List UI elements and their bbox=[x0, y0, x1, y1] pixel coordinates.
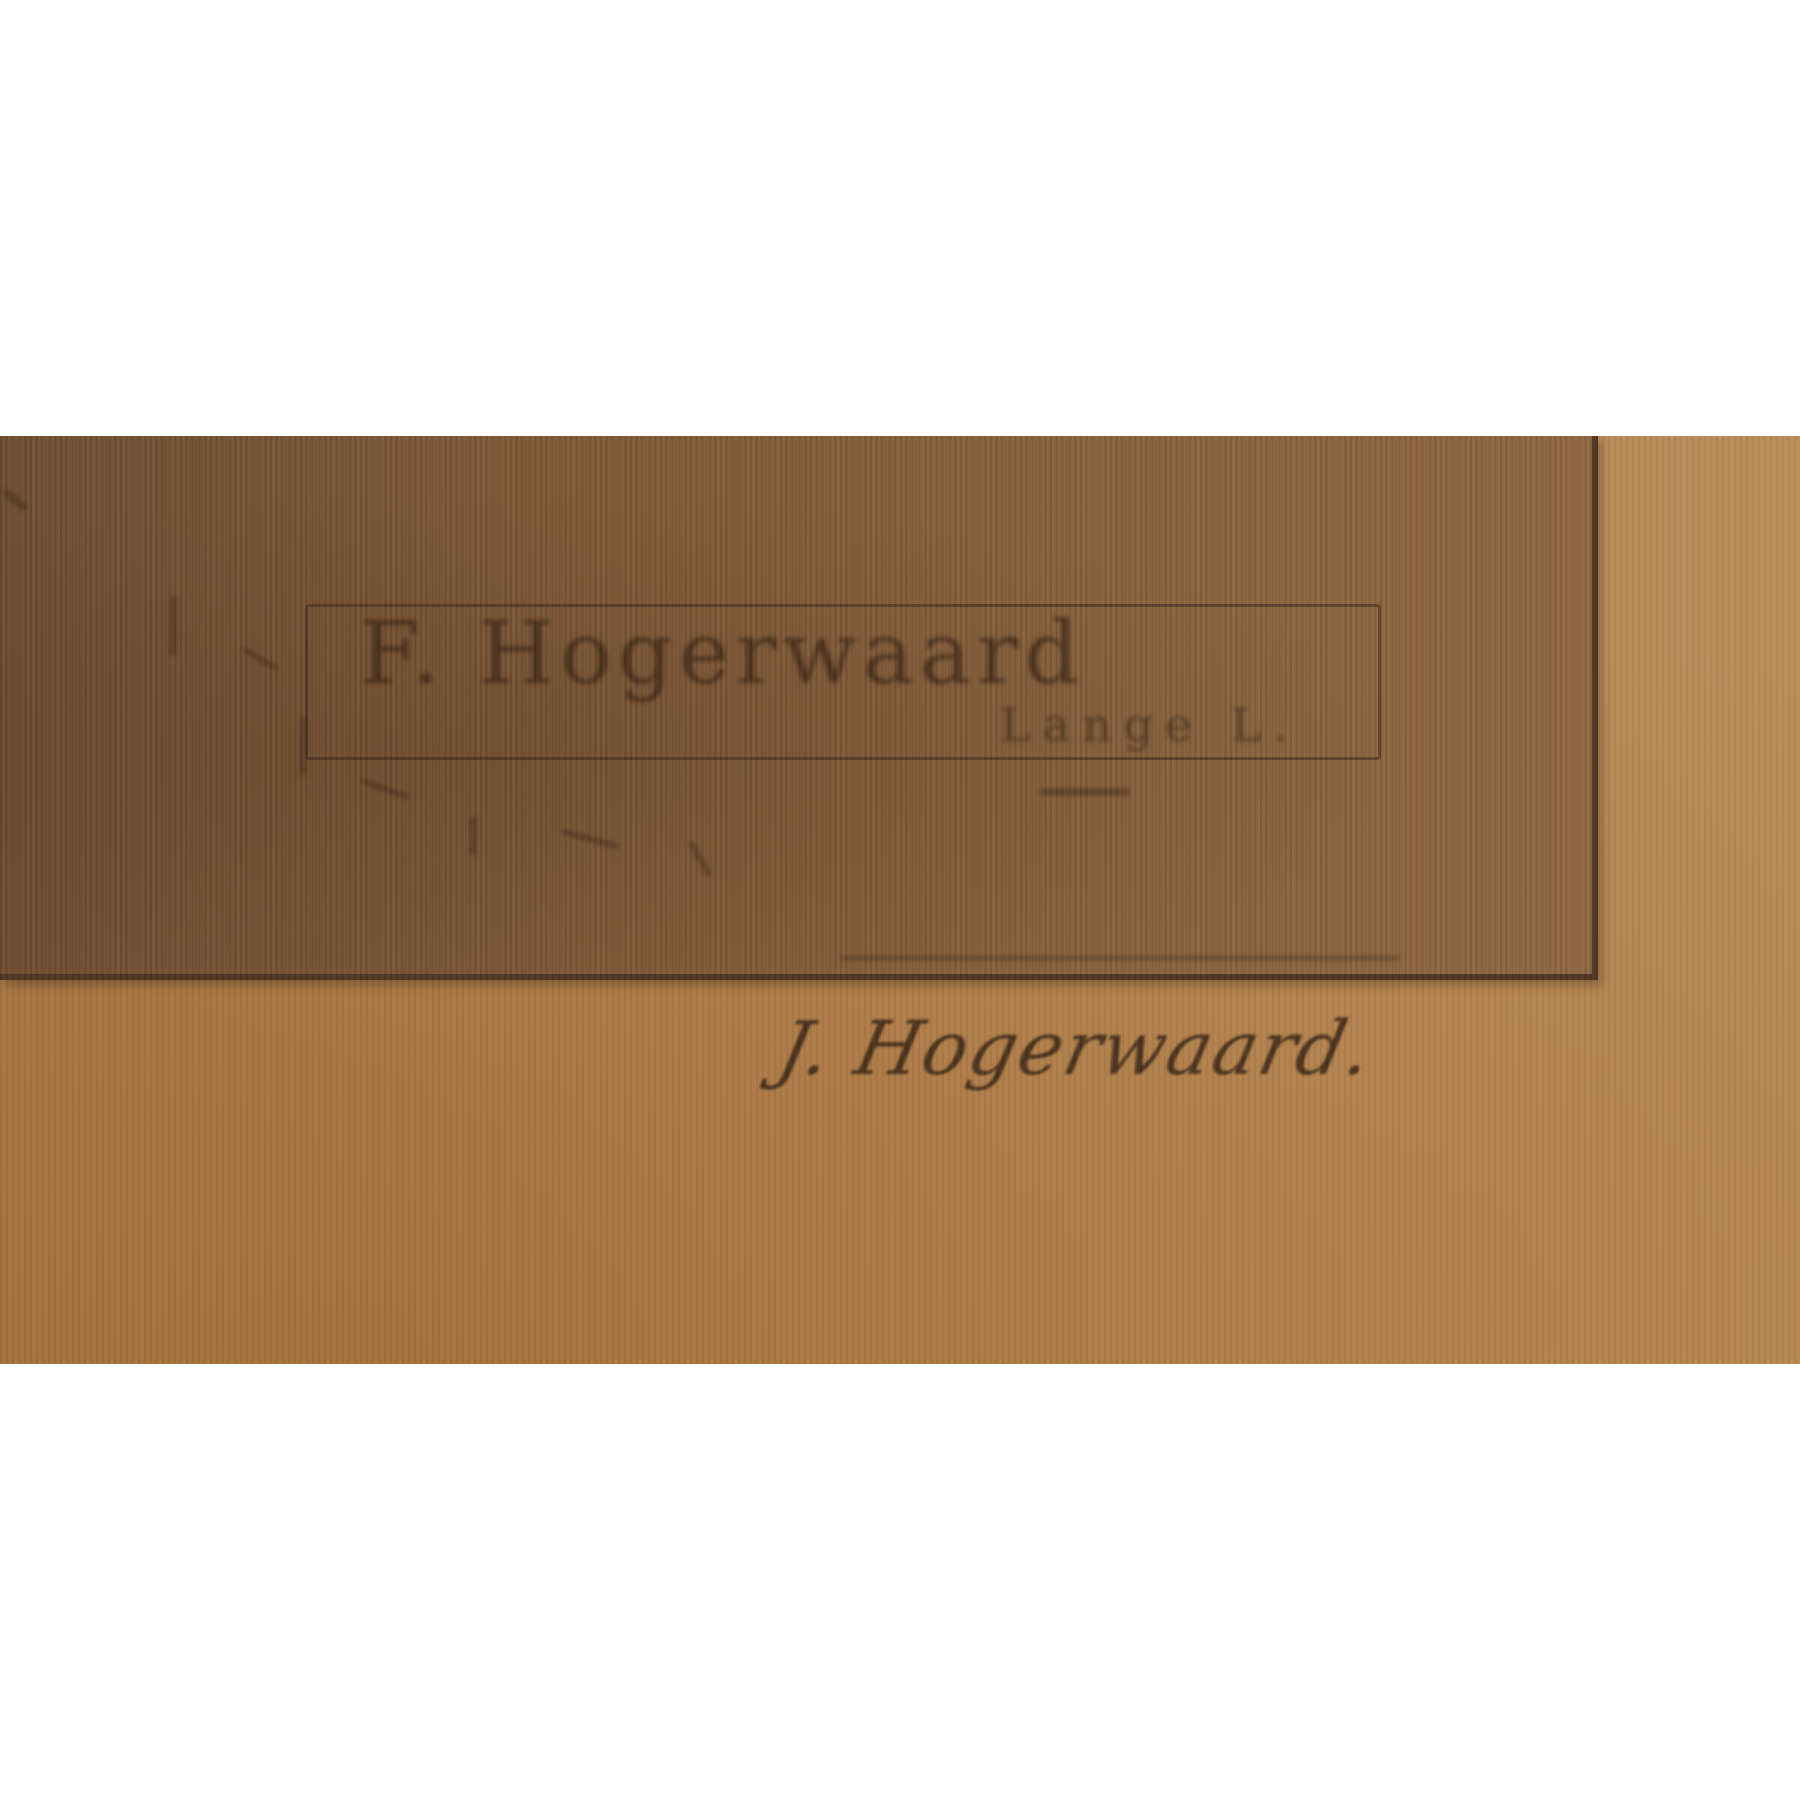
etching-plate-area: F. Hogerwaard Lange L. bbox=[0, 436, 1598, 980]
sketch-stroke bbox=[470, 816, 476, 856]
pencil-signature: J. Hogerwaard. bbox=[771, 1006, 1382, 1092]
sketch-stroke bbox=[170, 596, 176, 656]
sketch-stroke bbox=[840, 956, 1400, 960]
plate-signature-subline: Lange L. bbox=[1000, 698, 1300, 752]
photograph: F. Hogerwaard Lange L. J. Hogerwaard. bbox=[0, 436, 1800, 1364]
sketch-stroke bbox=[1040, 788, 1130, 796]
plate-signature-name: F. Hogerwaard bbox=[360, 604, 1085, 704]
canvas: F. Hogerwaard Lange L. J. Hogerwaard. bbox=[0, 0, 1800, 1800]
